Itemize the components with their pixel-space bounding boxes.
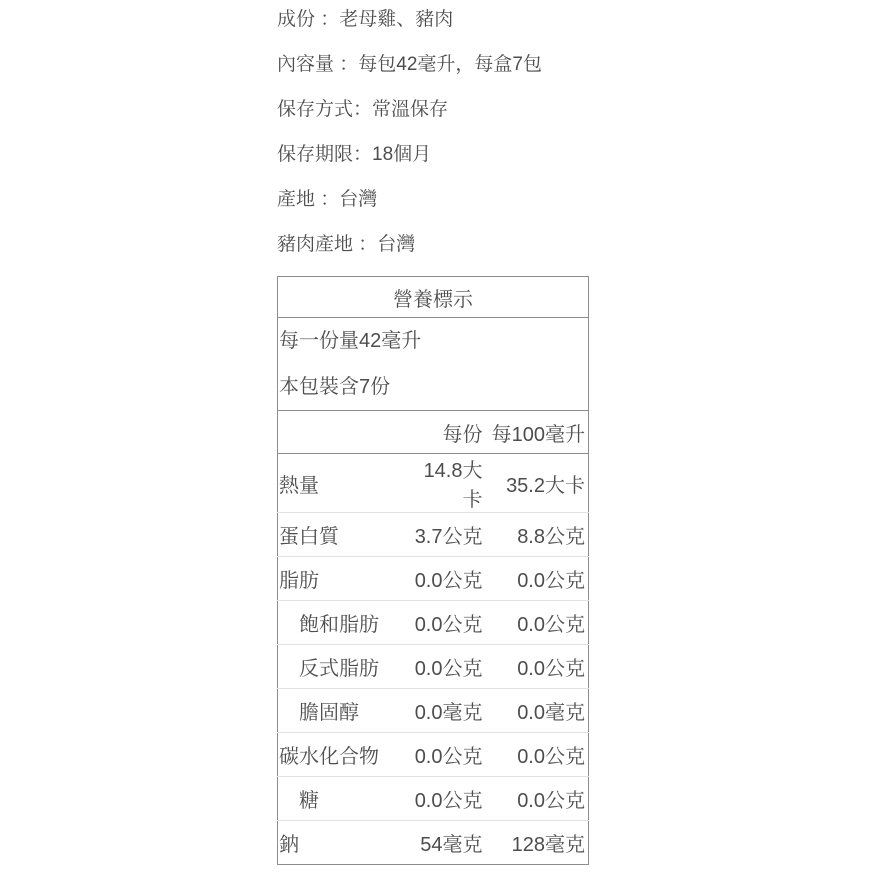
nutrient-value-per-serving: 0.0毫克 (406, 689, 483, 733)
serving-info-cell: 每一份量42毫升 本包裝含7份 (278, 318, 589, 411)
column-header-empty (278, 411, 406, 454)
table-row: 蛋白質 3.7公克 8.8公克 (278, 513, 589, 557)
nutrient-value-per-serving: 0.0公克 (406, 557, 483, 601)
servings-per-pack: 本包裝含7份 (278, 364, 588, 410)
column-header-per-100ml: 每100毫升 (483, 411, 589, 454)
nutrient-label: 反式脂肪 (278, 645, 406, 689)
nutrient-value-per-100ml: 0.0公克 (483, 733, 589, 777)
spec-ingredients: 成份 ：老母雞、豬肉 (277, 0, 542, 42)
nutrient-value-per-100ml: 0.0公克 (483, 777, 589, 821)
column-header-per-serving: 每份 (406, 411, 483, 454)
table-row: 脂肪 0.0公克 0.0公克 (278, 557, 589, 601)
table-row: 碳水化合物 0.0公克 0.0公克 (278, 733, 589, 777)
table-row: 飽和脂肪 0.0公克 0.0公克 (278, 601, 589, 645)
nutrient-value-per-serving: 54毫克 (406, 821, 483, 865)
nutrient-value-per-100ml: 0.0公克 (483, 645, 589, 689)
nutrient-value-per-100ml: 0.0毫克 (483, 689, 589, 733)
nutrient-label: 鈉 (278, 821, 406, 865)
nutrient-value-per-100ml: 8.8公克 (483, 513, 589, 557)
nutrient-value-per-serving: 14.8大卡 (406, 454, 483, 513)
spec-origin: 產地 ：台灣 (277, 177, 542, 222)
nutrient-value-per-serving: 0.0公克 (406, 733, 483, 777)
spec-net-content: 內容量 ：每包42毫升，每盒7包 (277, 42, 542, 87)
nutrient-value-per-serving: 0.0公克 (406, 601, 483, 645)
serving-info-row: 每一份量42毫升 本包裝含7份 (278, 318, 589, 411)
nutrient-label: 熱量 (278, 454, 406, 513)
column-header-row: 每份 每100毫升 (278, 411, 589, 454)
nutrient-value-per-serving: 0.0公克 (406, 645, 483, 689)
nutrient-value-per-serving: 3.7公克 (406, 513, 483, 557)
table-row: 膽固醇 0.0毫克 0.0毫克 (278, 689, 589, 733)
nutrient-label: 蛋白質 (278, 513, 406, 557)
nutrition-title-row: 營養標示 (278, 277, 589, 318)
nutrient-label: 碳水化合物 (278, 733, 406, 777)
product-spec-list: 成份 ：老母雞、豬肉 內容量 ：每包42毫升，每盒7包 保存方式：常溫保存 保存… (277, 0, 542, 267)
nutrient-value-per-100ml: 0.0公克 (483, 557, 589, 601)
nutrient-value-per-serving: 0.0公克 (406, 777, 483, 821)
table-row: 鈉 54毫克 128毫克 (278, 821, 589, 865)
nutrient-value-per-100ml: 35.2大卡 (483, 454, 589, 513)
nutrition-table: 營養標示 每一份量42毫升 本包裝含7份 每份 每100毫升 熱量 14.8大卡… (277, 276, 589, 865)
nutrient-label: 膽固醇 (278, 689, 406, 733)
table-row: 反式脂肪 0.0公克 0.0公克 (278, 645, 589, 689)
spec-pork-origin: 豬肉產地 ：台灣 (277, 222, 542, 267)
serving-size: 每一份量42毫升 (278, 318, 588, 364)
spec-storage-method: 保存方式：常溫保存 (277, 87, 542, 132)
nutrient-label: 脂肪 (278, 557, 406, 601)
table-row: 糖 0.0公克 0.0公克 (278, 777, 589, 821)
product-info-page: 成份 ：老母雞、豬肉 內容量 ：每包42毫升，每盒7包 保存方式：常溫保存 保存… (0, 0, 872, 872)
spec-shelf-life: 保存期限：18個月 (277, 132, 542, 177)
table-row: 熱量 14.8大卡 35.2大卡 (278, 454, 589, 513)
nutrition-rows: 熱量 14.8大卡 35.2大卡 蛋白質 3.7公克 8.8公克 脂肪 0.0公… (278, 454, 589, 865)
nutrition-title: 營養標示 (278, 277, 589, 318)
nutrition-header: 營養標示 每一份量42毫升 本包裝含7份 每份 每100毫升 (278, 277, 589, 454)
nutrient-label: 飽和脂肪 (278, 601, 406, 645)
nutrient-value-per-100ml: 0.0公克 (483, 601, 589, 645)
nutrient-label: 糖 (278, 777, 406, 821)
nutrient-value-per-100ml: 128毫克 (483, 821, 589, 865)
